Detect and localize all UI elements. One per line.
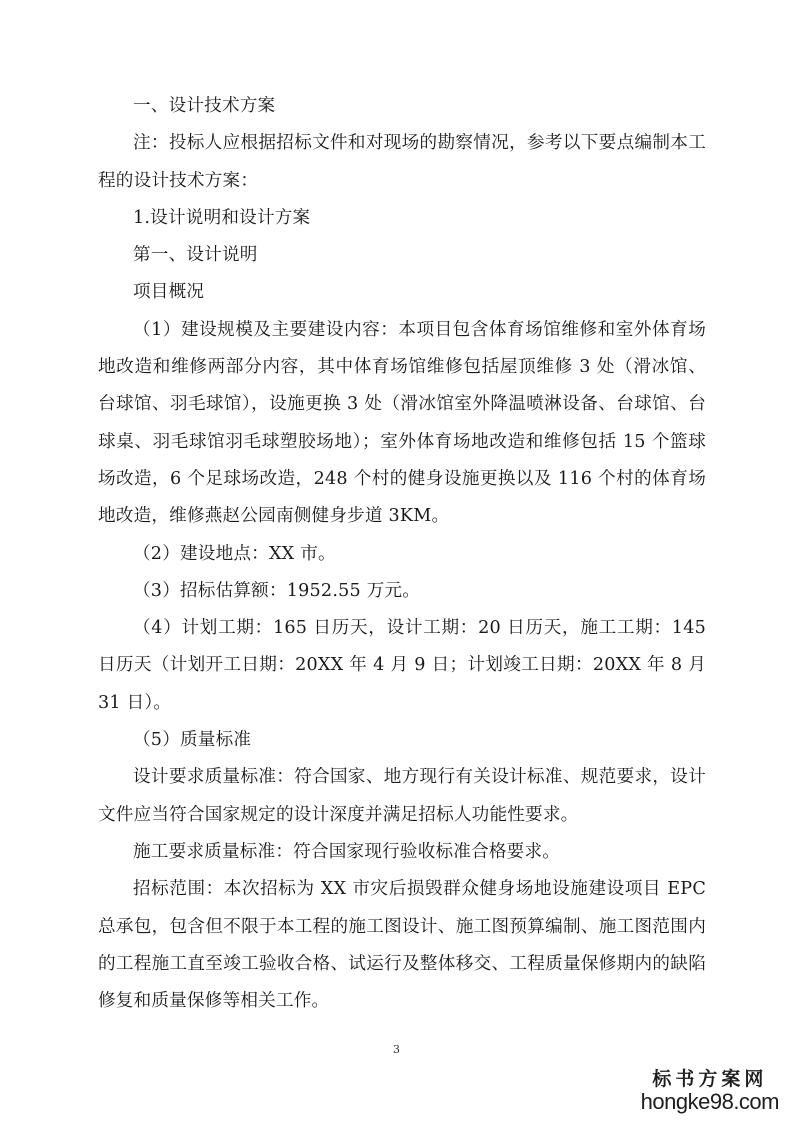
body-paragraph: 施工要求质量标准：符合国家现行验收标准合格要求。 xyxy=(98,834,706,871)
body-paragraph: 招标范围：本次招标为 XX 市灾后损毁群众健身场地设施建设项目 EPC 总承包，… xyxy=(98,871,706,1020)
subsection-heading: （5）质量标准 xyxy=(98,722,706,759)
section-heading: 一、设计技术方案 xyxy=(98,88,706,125)
watermark-title: 标书方案网 xyxy=(641,1068,779,1090)
subsection-heading: 第一、设计说明 xyxy=(98,237,706,274)
page-number: 3 xyxy=(0,1043,793,1056)
body-paragraph: （1）建设规模及主要建设内容：本项目包含体育场馆维修和室外体育场地改造和维修两部… xyxy=(98,312,706,536)
body-paragraph: （3）招标估算额：1952.55 万元。 xyxy=(98,573,706,610)
document-body: 一、设计技术方案 注：投标人应根据招标文件和对现场的勘察情况，参考以下要点编制本… xyxy=(98,88,706,1020)
subsection-heading: 项目概况 xyxy=(98,274,706,311)
body-paragraph: 设计要求质量标准：符合国家、地方现行有关设计标准、规范要求，设计文件应当符合国家… xyxy=(98,759,706,834)
body-paragraph: （2）建设地点：XX 市。 xyxy=(98,536,706,573)
watermark-domain: hongke98.com xyxy=(641,1090,779,1114)
watermark-logo: 标书方案网 hongke98.com xyxy=(641,1068,779,1114)
subsection-heading: 1.设计说明和设计方案 xyxy=(98,200,706,237)
body-paragraph: （4）计划工期：165 日历天，设计工期：20 日历天，施工工期：145 日历天… xyxy=(98,610,706,722)
note-paragraph: 注：投标人应根据招标文件和对现场的勘察情况，参考以下要点编制本工程的设计技术方案… xyxy=(98,125,706,200)
